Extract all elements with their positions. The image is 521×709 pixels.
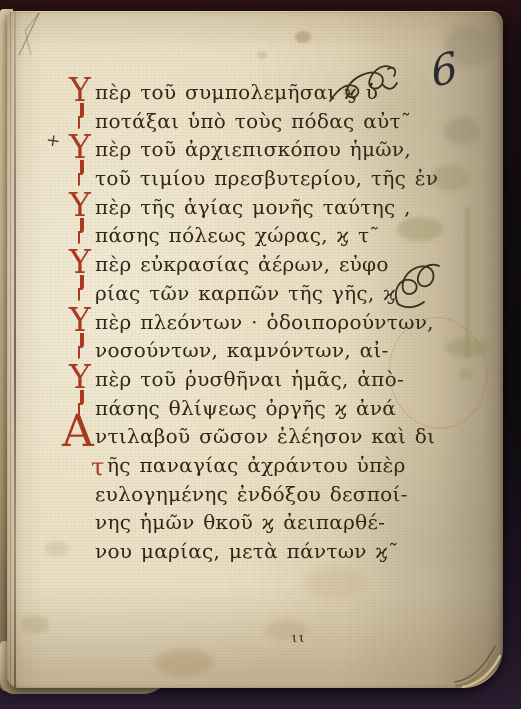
- text-line: Υπὲρ τοῦ ἀρχιεπισκόπου ἡμῶν,: [95, 135, 435, 164]
- line-text: πάσης θλίψεως ὀργῆς ϗ ἀνά: [95, 396, 396, 420]
- line-text: ῆς παναγίας ἀχράντου ὑπὲρ: [107, 453, 406, 477]
- text-line: νοσούντων, καμνόντων, αἰ-: [95, 336, 435, 365]
- rubric-initial: Υ: [69, 76, 95, 104]
- line-text: ρίας τῶν καρπῶν τῆς γῆς, ϗ: [95, 281, 396, 305]
- text-line: Αντιλαβοῦ σῶσον ἐλέησον καὶ δι: [95, 422, 435, 451]
- line-text: πὲρ τοῦ συμπολεμῆσαι ϗ ὑ: [95, 80, 378, 104]
- text-line: Υπὲρ τοῦ ῥυσθῆναι ἡμᾶς, ἀπὸ-: [95, 365, 435, 394]
- rubric-initial: Α: [62, 418, 88, 446]
- corner-fold-crease-icon: [11, 11, 55, 61]
- rubric-initial: Υ: [69, 133, 95, 161]
- text-line: τοῦ τιμίου πρεσβυτερίου, τῆς ἐν: [95, 164, 435, 193]
- line-text: ντιλαβοῦ σῶσον ἐλέησον καὶ δι: [95, 424, 435, 448]
- text-line: τῆς παναγίας ἀχράντου ὑπὲρ: [95, 451, 435, 480]
- line-text: πὲρ τῆς ἁγίας μονῆς ταύτης ,: [95, 195, 411, 219]
- text-line: Υπὲρ πλεόντων · ὁδοιπορούντων,: [95, 308, 435, 337]
- text-line: ρίας τῶν καρπῶν τῆς γῆς, ϗ: [95, 279, 435, 308]
- gutter-crease: [14, 11, 16, 688]
- rubric-initial: Υ: [69, 248, 95, 276]
- rubric-initial: Υ: [69, 306, 95, 334]
- manuscript-photo: 6 + Υπὲρ τοῦ συμπολεμῆσαι ϗ ὑ ποτάξαι ὑπ…: [0, 0, 521, 709]
- text-line: πάσης θλίψεως ὀργῆς ϗ ἀνά: [95, 394, 435, 423]
- line-text: ευλογημένης ἐνδόξου δεσποί-: [95, 482, 408, 506]
- rubric-initial: Υ: [69, 191, 95, 219]
- page-curl-icon: [453, 642, 503, 688]
- line-text: νης ἡμῶν θκοῦ ϗ ἀειπαρθέ-: [95, 510, 385, 534]
- line-text: πάσης πόλεως χώρας, ϗ τ῀: [95, 223, 380, 247]
- text-line: Υπὲρ εὐκρασίας ἀέρων, εὐφο: [95, 250, 435, 279]
- text-line: Υπὲρ τῆς ἁγίας μονῆς ταύτης ,: [95, 193, 435, 222]
- line-text: πὲρ τοῦ ῥυσθῆναι ἡμᾶς, ἀπὸ-: [95, 367, 404, 391]
- rubric-initial: Υ: [69, 363, 95, 391]
- marginal-cross: +: [45, 130, 62, 152]
- text-line: ποτάξαι ὑπὸ τοὺς πόδας αὐτ῀: [95, 107, 435, 136]
- line-text: ποτάξαι ὑπὸ τοὺς πόδας αὐτ῀: [95, 109, 411, 133]
- line-text: πὲρ πλεόντων · ὁδοιπορούντων,: [95, 310, 434, 334]
- line-text: νου μαρίας, μετὰ πάντων ϗ῀: [95, 539, 399, 563]
- text-line: πάσης πόλεως χώρας, ϗ τ῀: [95, 221, 435, 250]
- line-text: τοῦ τιμίου πρεσβυτερίου, τῆς ἐν: [95, 166, 438, 190]
- line-text: νοσούντων, καμνόντων, αἰ-: [95, 338, 389, 362]
- text-line: ευλογημένης ἐνδόξου δεσποί-: [95, 480, 435, 509]
- manuscript-page: 6 + Υπὲρ τοῦ συμπολεμῆσαι ϗ ὑ ποτάξαι ὑπ…: [7, 11, 503, 688]
- text-line: νης ἡμῶν θκοῦ ϗ ἀειπαρθέ-: [95, 508, 435, 537]
- text-line: νου μαρίας, μετὰ πάντων ϗ῀: [95, 537, 435, 566]
- gutter-crease-secondary: [10, 11, 11, 688]
- text-line: Υπὲρ τοῦ συμπολεμῆσαι ϗ ὑ: [95, 78, 435, 107]
- text-block: Υπὲρ τοῦ συμπολεμῆσαι ϗ ὑ ποτάξαι ὑπὸ το…: [95, 78, 435, 566]
- line-text: πὲρ εὐκρασίας ἀέρων, εὐφο: [95, 252, 389, 276]
- rubric-initial: τ: [91, 453, 107, 481]
- quire-mark: ιι: [292, 631, 306, 646]
- line-text: πὲρ τοῦ ἀρχιεπισκόπου ἡμῶν,: [95, 137, 411, 161]
